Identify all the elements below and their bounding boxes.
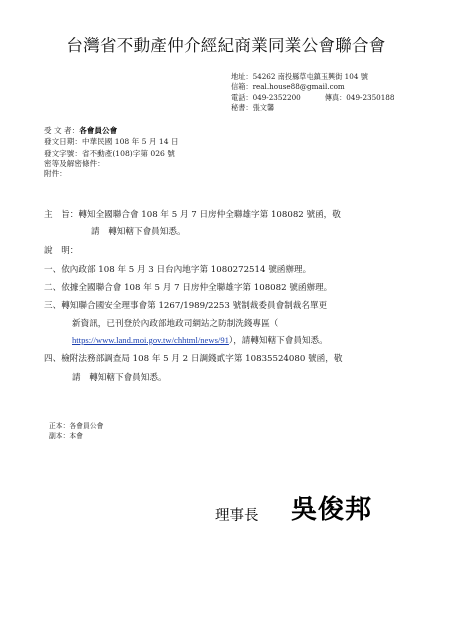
explanation-item-3-line-3: https://www.land.moi.gov.tw/chhtml/news/… <box>72 334 328 346</box>
copy-recipient: 副本：本會 <box>49 431 103 441</box>
item-number: 二、 <box>44 283 61 293</box>
explanation-item-4-line-2: 請 轉知轄下會員知悉。 <box>72 371 167 383</box>
address-line: 地址：54262 南投縣草屯鎮玉興街 104 號 <box>231 72 394 82</box>
fax-text: 傳真：049-2350188 <box>325 93 395 102</box>
phone-fax-line: 電話：049-2352200傳真：049-2350188 <box>231 93 394 103</box>
document-number: 發文字號：省不動產(108)字第 026 號 <box>44 148 179 159</box>
explanation-item-3-line-2: 新資訊，已刊登於內政部地政司網站之防制洗錢專區（ <box>72 317 278 329</box>
item-number: 三、 <box>44 301 61 311</box>
subject-label: 主 旨： <box>44 210 78 220</box>
subject-line-1: 主 旨：轉知全國聯合會 108 年 5 月 7 日房仲全聯雄字第 108082 … <box>44 208 341 220</box>
distribution-block: 正本：各會員公會 副本：本會 <box>49 421 103 441</box>
explanation-item-1: 一、依內政部 108 年 5 月 3 日台內地字第 1080272514 號函辦… <box>44 263 311 275</box>
item-text-after-link: ），請轉知轄下會員知悉。 <box>229 336 328 346</box>
signature-name: 吳俊邦 <box>291 489 372 526</box>
email-line: 信箱：real.house88@gmail.com <box>231 82 394 92</box>
contact-block: 地址：54262 南投縣草屯鎮玉興街 104 號 信箱：real.house88… <box>231 72 394 113</box>
confidentiality-line: 密等及解密條件： <box>44 159 179 169</box>
recipient-label: 受 文 者： <box>44 126 79 135</box>
explanation-item-4: 四、檢附法務部調查局 108 年 5 月 2 日調錢貳字第 1083552408… <box>44 352 342 364</box>
item-text: 檢附法務部調查局 108 年 5 月 2 日調錢貳字第 10835524080 … <box>61 354 342 364</box>
subject-text-1: 轉知全國聯合會 108 年 5 月 7 日房仲全聯雄字第 108082 號函，敬 <box>78 210 340 220</box>
signature-title: 理事長 <box>215 504 259 525</box>
issue-date: 發文日期：中華民國 108 年 5 月 14 日 <box>44 136 179 147</box>
explanation-item-2: 二、依據全國聯合會 108 年 5 月 7 日房仲全聯雄字第 108082 號函… <box>44 281 332 293</box>
recipient-line: 受 文 者：各會員公會 <box>44 125 179 136</box>
organization-title: 台灣省不動產仲介經紀商業同業公會聯合會 <box>0 32 452 56</box>
phone-text: 電話：049-2352200 <box>231 93 301 102</box>
item-text: 依據全國聯合會 108 年 5 月 7 日房仲全聯雄字第 108082 號函辦理… <box>61 283 332 293</box>
attachment-line: 附件： <box>44 169 179 179</box>
moi-news-link[interactable]: https://www.land.moi.gov.tw/chhtml/news/… <box>72 335 229 345</box>
item-text: 轉知聯合國安全理事會第 1267/1989/2253 號制裁委員會制裁名單更 <box>61 301 327 311</box>
item-number: 四、 <box>44 354 61 364</box>
explanation-label: 說 明： <box>44 244 78 256</box>
explanation-item-3: 三、轉知聯合國安全理事會第 1267/1989/2253 號制裁委員會制裁名單更 <box>44 299 327 311</box>
original-recipient: 正本：各會員公會 <box>49 421 103 431</box>
secretary-line: 秘書：張文馨 <box>231 103 394 113</box>
item-number: 一、 <box>44 265 61 275</box>
document-meta: 受 文 者：各會員公會 發文日期：中華民國 108 年 5 月 14 日 發文字… <box>44 125 179 179</box>
item-text: 依內政部 108 年 5 月 3 日台內地字第 1080272514 號函辦理。 <box>61 265 311 275</box>
recipient-value: 各會員公會 <box>79 126 117 135</box>
subject-line-2: 請 轉知轄下會員知悉。 <box>91 225 186 237</box>
